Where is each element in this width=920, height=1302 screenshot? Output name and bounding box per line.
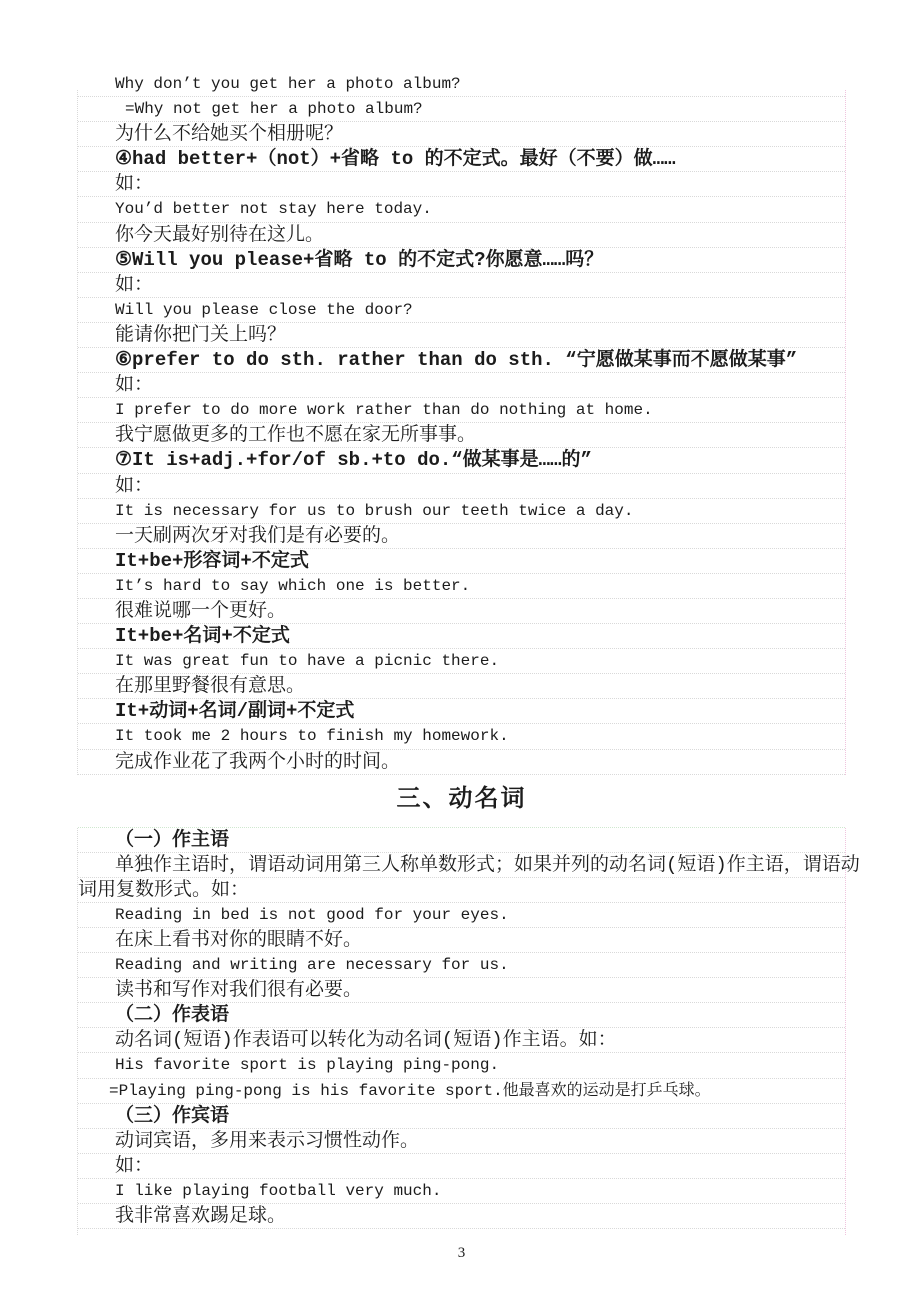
text-line: I like playing football very much. (78, 1179, 845, 1204)
text-line: Reading and writing are necessary for us… (78, 953, 845, 978)
text-line: 如： (78, 273, 845, 298)
text-line: 为什么不给她买个相册呢？ (78, 122, 845, 147)
text-line: It is necessary for us to brush our teet… (78, 499, 845, 524)
text-line: 我非常喜欢踢足球。 (78, 1204, 845, 1229)
text-line: （一）作主语 (78, 828, 845, 853)
text-line: It was great fun to have a picnic there. (78, 649, 845, 674)
text-line: 如： (78, 1154, 845, 1179)
text-line: 在床上看书对你的眼睛不好。 (78, 928, 845, 953)
text-line: =Why not get her a photo album? (78, 97, 845, 122)
text-line: 如： (78, 474, 845, 499)
infinitive-section-lines: Why don’t you get her a photo album?=Why… (78, 72, 845, 775)
text-line: 读书和写作对我们很有必要。 (78, 978, 845, 1003)
text-line: 完成作业花了我两个小时的时间。 (78, 750, 845, 775)
text-line: It’s hard to say which one is better. (78, 574, 845, 599)
grid-line-right (845, 90, 846, 775)
text-line: =Playing ping-pong is his favorite sport… (78, 1079, 845, 1104)
document-body: Why don’t you get her a photo album?=Why… (78, 72, 845, 1262)
text-line: 我宁愿做更多的工作也不愿在家无所事事。 (78, 423, 845, 448)
text-line: 词用复数形式。如： (78, 878, 845, 903)
section-heading: 三、动名词 (78, 775, 845, 828)
grid-line-right (845, 828, 846, 1235)
document-page: Why don’t you get her a photo album?=Why… (0, 0, 920, 1302)
text-line: ⑥prefer to do sth. rather than do sth. “… (78, 348, 845, 373)
text-line: Will you please close the door? (78, 298, 845, 323)
text-line: It+be+形容词+不定式 (78, 549, 845, 574)
text-line: 一天刷两次牙对我们是有必要的。 (78, 524, 845, 549)
text-line: ⑦It is+adj.+for/of sb.+to do.“做某事是……的” (78, 448, 845, 473)
text-line: 动名词(短语)作表语可以转化为动名词(短语)作主语。如： (78, 1028, 845, 1053)
text-line: （三）作宾语 (78, 1104, 845, 1129)
text-line: 很难说哪一个更好。 (78, 599, 845, 624)
text-line: It took me 2 hours to finish my homework… (78, 724, 845, 749)
text-line: 能请你把门关上吗？ (78, 323, 845, 348)
text-line: 如： (78, 373, 845, 398)
text-line: His favorite sport is playing ping-pong. (78, 1053, 845, 1078)
text-line: 如： (78, 172, 845, 197)
page-number: 3 (78, 1245, 845, 1262)
text-line: 单独作主语时，谓语动词用第三人称单数形式；如果并列的动名词(短语)作主语，谓语动 (78, 853, 845, 878)
gerund-section-lines: （一）作主语单独作主语时，谓语动词用第三人称单数形式；如果并列的动名词(短语)作… (78, 828, 845, 1230)
text-line: ④had better+（not）+省略 to 的不定式。最好（不要）做…… (78, 147, 845, 172)
text-line: 你今天最好别待在这儿。 (78, 223, 845, 248)
text-line: It+be+名词+不定式 (78, 624, 845, 649)
text-line: Reading in bed is not good for your eyes… (78, 903, 845, 928)
text-line: Why don’t you get her a photo album? (78, 72, 845, 97)
text-line: I prefer to do more work rather than do … (78, 398, 845, 423)
text-line: ⑤Will you please+省略 to 的不定式?你愿意……吗？ (78, 248, 845, 273)
text-line: It+动词+名词/副词+不定式 (78, 699, 845, 724)
text-line: （二）作表语 (78, 1003, 845, 1028)
text-line: 在那里野餐很有意思。 (78, 674, 845, 699)
text-line: 动词宾语，多用来表示习惯性动作。 (78, 1129, 845, 1154)
text-line: You’d better not stay here today. (78, 197, 845, 222)
